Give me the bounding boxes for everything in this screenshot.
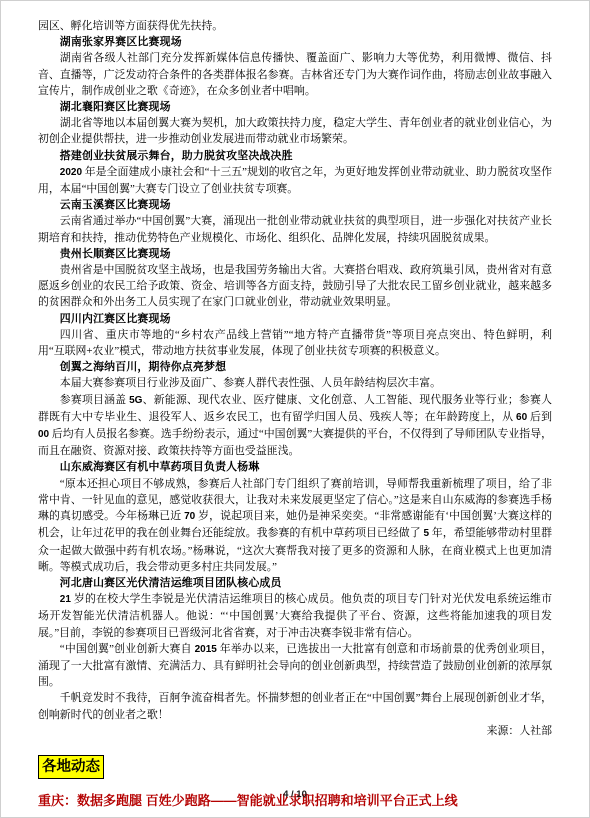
body-paragraph: 贵州省是中国脱贫攻坚主战场，也是我国劳务输出大省。大赛搭台唱戏、政府筑巢引凤，贵… bbox=[38, 262, 552, 311]
section-heading: 创翼之海纳百川，期待你点亮梦想 bbox=[38, 359, 552, 375]
body-paragraph: 云南省通过举办“中国创翼”大赛，涌现出一批创业带动就业扶贫的典型项目，进一步强化… bbox=[38, 213, 552, 245]
body-paragraph: 湖北省等地以本届创翼大赛为契机，加大政策扶持力度，稳定大学生、青年创业者的就业创… bbox=[38, 115, 552, 147]
section-heading: 湖北襄阳赛区比赛现场 bbox=[38, 99, 552, 115]
section-heading: 云南玉溪赛区比赛现场 bbox=[38, 197, 552, 213]
page-number: 4 / 10 bbox=[1, 787, 589, 803]
continuation-line: 园区、孵化培训等方面获得优先扶持。 bbox=[38, 18, 552, 34]
body-paragraph: 参赛项目涵盖 5G、新能源、现代农业、医疗健康、文化创意、人工智能、现代服务业等… bbox=[38, 392, 552, 460]
section-heading: 四川内江赛区比赛现场 bbox=[38, 311, 552, 327]
body-paragraph: 2020 年是全面建成小康社会和“十三五”规划的收官之年，为更好地发挥创业带动就… bbox=[38, 164, 552, 197]
document-page: 园区、孵化培训等方面获得优先扶持。湖南张家界赛区比赛现场湖南省各级人社部门充分发… bbox=[0, 0, 590, 818]
body-paragraph: 湖南省各级人社部门充分发挥新媒体信息传播快、覆盖面广、影响力大等优势，利用微博、… bbox=[38, 50, 552, 99]
section-heading: 湖南张家界赛区比赛现场 bbox=[38, 34, 552, 50]
body-paragraph: 四川省、重庆市等地的“乡村农产品线上营销”“地方特产直播带货”等项目亮点突出、特… bbox=[38, 327, 552, 359]
document-body: 园区、孵化培训等方面获得优先扶持。湖南张家界赛区比赛现场湖南省各级人社部门充分发… bbox=[38, 18, 552, 739]
body-paragraph: “原本还担心项目不够成熟，参赛后人社部门专门组织了赛前培训，导师帮我重新梳理了项… bbox=[38, 476, 552, 575]
section-heading: 山东威海赛区有机中草药项目负责人杨琳 bbox=[38, 459, 552, 475]
body-paragraph: 21 岁的在校大学生李锐是光伏清洁运维项目的核心成员。他负责的项目专门针对光伏发… bbox=[38, 591, 552, 641]
body-paragraph: “中国创翼”创业创新大赛自 2015 年举办以来，已选拔出一大批富有创意和市场前… bbox=[38, 641, 552, 691]
source-line: 来源：人社部 bbox=[38, 723, 552, 739]
section-heading: 河北唐山赛区光伏清洁运维项目团队核心成员 bbox=[38, 575, 552, 591]
section-label-box: 各地动态 bbox=[38, 755, 104, 779]
section-heading: 贵州长顺赛区比赛现场 bbox=[38, 246, 552, 262]
body-paragraph: 本届大赛参赛项目行业涉及面广、参赛人群代表性强、人员年龄结构层次丰富。 bbox=[38, 375, 552, 391]
body-paragraph: 千帆竞发时不我待，百舸争流奋楫者先。怀揣梦想的创业者正在“中国创翼”舞台上展现创… bbox=[38, 690, 552, 722]
section-heading: 搭建创业扶贫展示舞台，助力脱贫攻坚决战决胜 bbox=[38, 148, 552, 164]
